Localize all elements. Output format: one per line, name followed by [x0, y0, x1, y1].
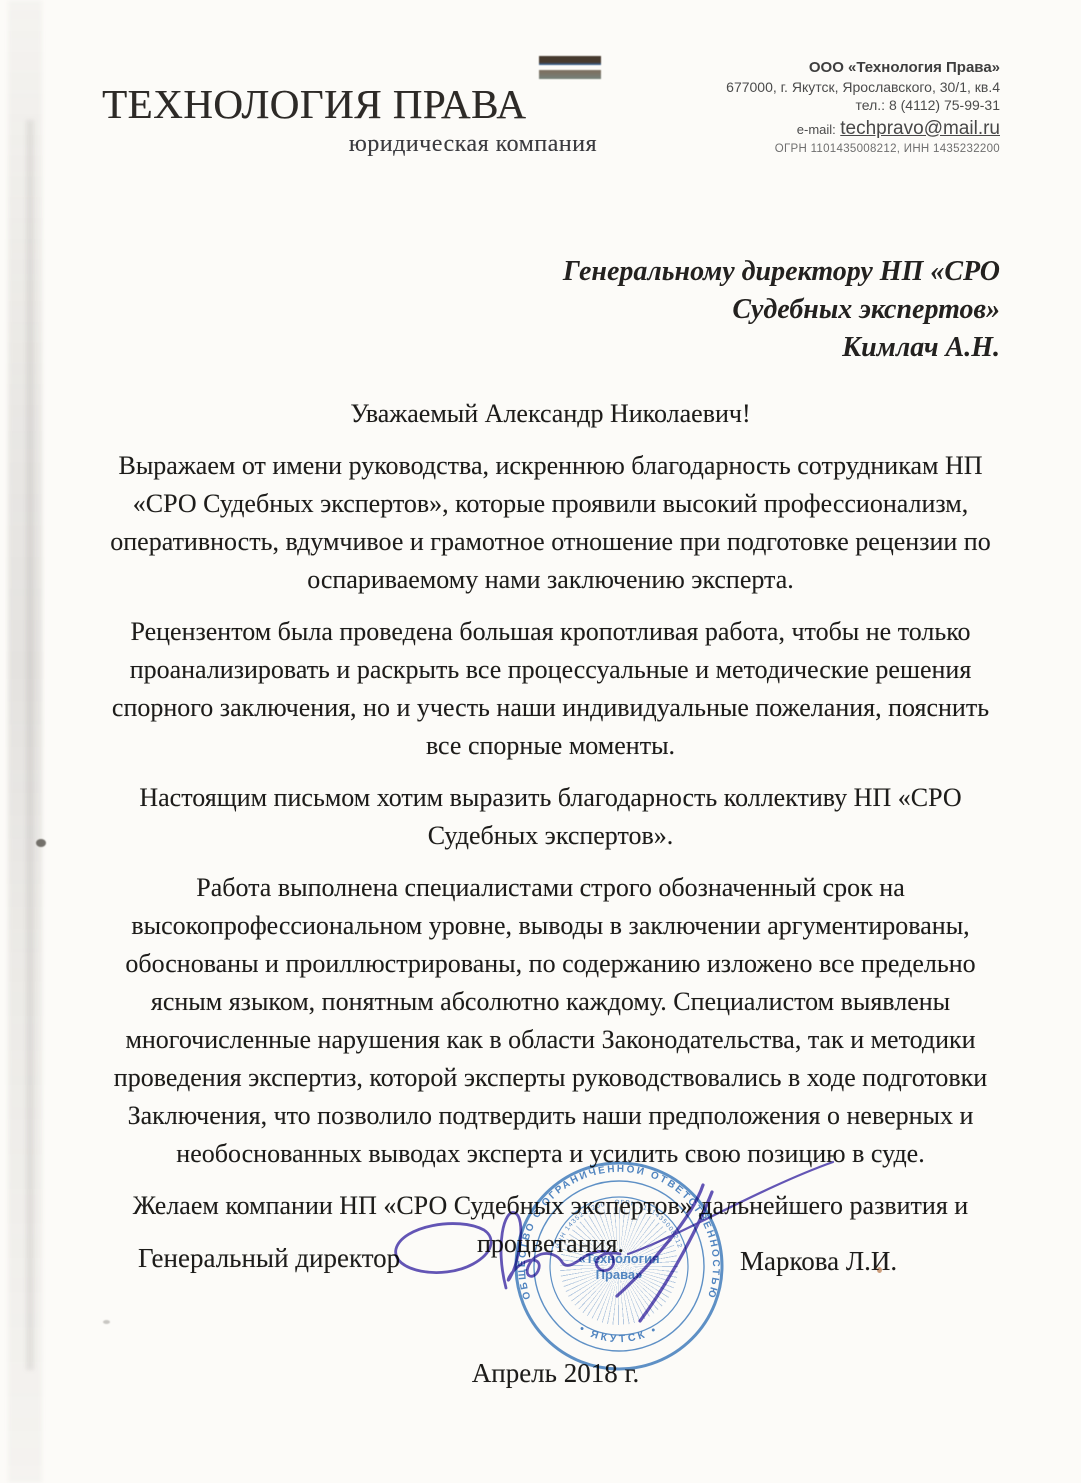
- addressee-block: Генеральному директору НП «СРО Судебных …: [563, 253, 1000, 367]
- signature-ink: [396, 1224, 491, 1273]
- paragraph: Настоящим письмом хотим выразить благода…: [100, 779, 1001, 855]
- letter-body: Уважаемый Александр Николаевич! Выражаем…: [100, 395, 1001, 1277]
- contact-block: ООО «Технология Права» 677000, г. Якутск…: [726, 58, 1000, 157]
- signature-ink: [628, 1162, 833, 1254]
- scanned-letter-page: ТЕХНОЛОГИЯ ПРАВА юридическая компания ОО…: [0, 0, 1081, 1483]
- signature-ink: [640, 1192, 712, 1321]
- logo-bar-top-icon: [539, 56, 601, 65]
- contact-email-label: e-mail:: [797, 122, 836, 137]
- company-logo-title: ТЕХНОЛОГИЯ ПРАВА: [102, 80, 526, 128]
- signature-ink: [501, 1213, 620, 1288]
- logo-bar-bottom-icon: [539, 70, 601, 79]
- addressee-line: Судебных экспертов»: [563, 291, 1000, 329]
- contact-phone: тел.: 8 (4112) 75-99-31: [726, 96, 1000, 114]
- paragraph: Рецензентом была проведена большая кропо…: [100, 613, 1001, 765]
- company-logo-subtitle: юридическая компания: [103, 131, 597, 158]
- contact-company-name: ООО «Технология Права»: [726, 58, 1000, 78]
- signer-title: Генеральный директор: [138, 1243, 400, 1274]
- scan-speck: [36, 839, 46, 847]
- addressee-line: Кимлач А.Н.: [563, 329, 1000, 367]
- scan-streak-inner: [26, 120, 34, 1370]
- paragraph: Работа выполнена специалистами строго об…: [100, 869, 1001, 1173]
- contact-registration: ОГРН 1101435008212, ИНН 1435232200: [726, 142, 1000, 157]
- contact-email-row: e-mail: techpravo@mail.ru: [726, 116, 1000, 141]
- contact-address: 677000, г. Якутск, Ярославского, 30/1, к…: [726, 78, 1000, 96]
- paragraph: Выражаем от имени руководства, искреннюю…: [100, 447, 1001, 599]
- scan-speck: [103, 1320, 110, 1324]
- addressee-line: Генеральному директору НП «СРО: [563, 253, 1000, 291]
- handwritten-signature: [380, 1150, 840, 1350]
- salutation: Уважаемый Александр Николаевич!: [100, 395, 1001, 433]
- contact-email: techpravo@mail.ru: [840, 118, 1000, 139]
- scan-streak: [8, 0, 42, 1483]
